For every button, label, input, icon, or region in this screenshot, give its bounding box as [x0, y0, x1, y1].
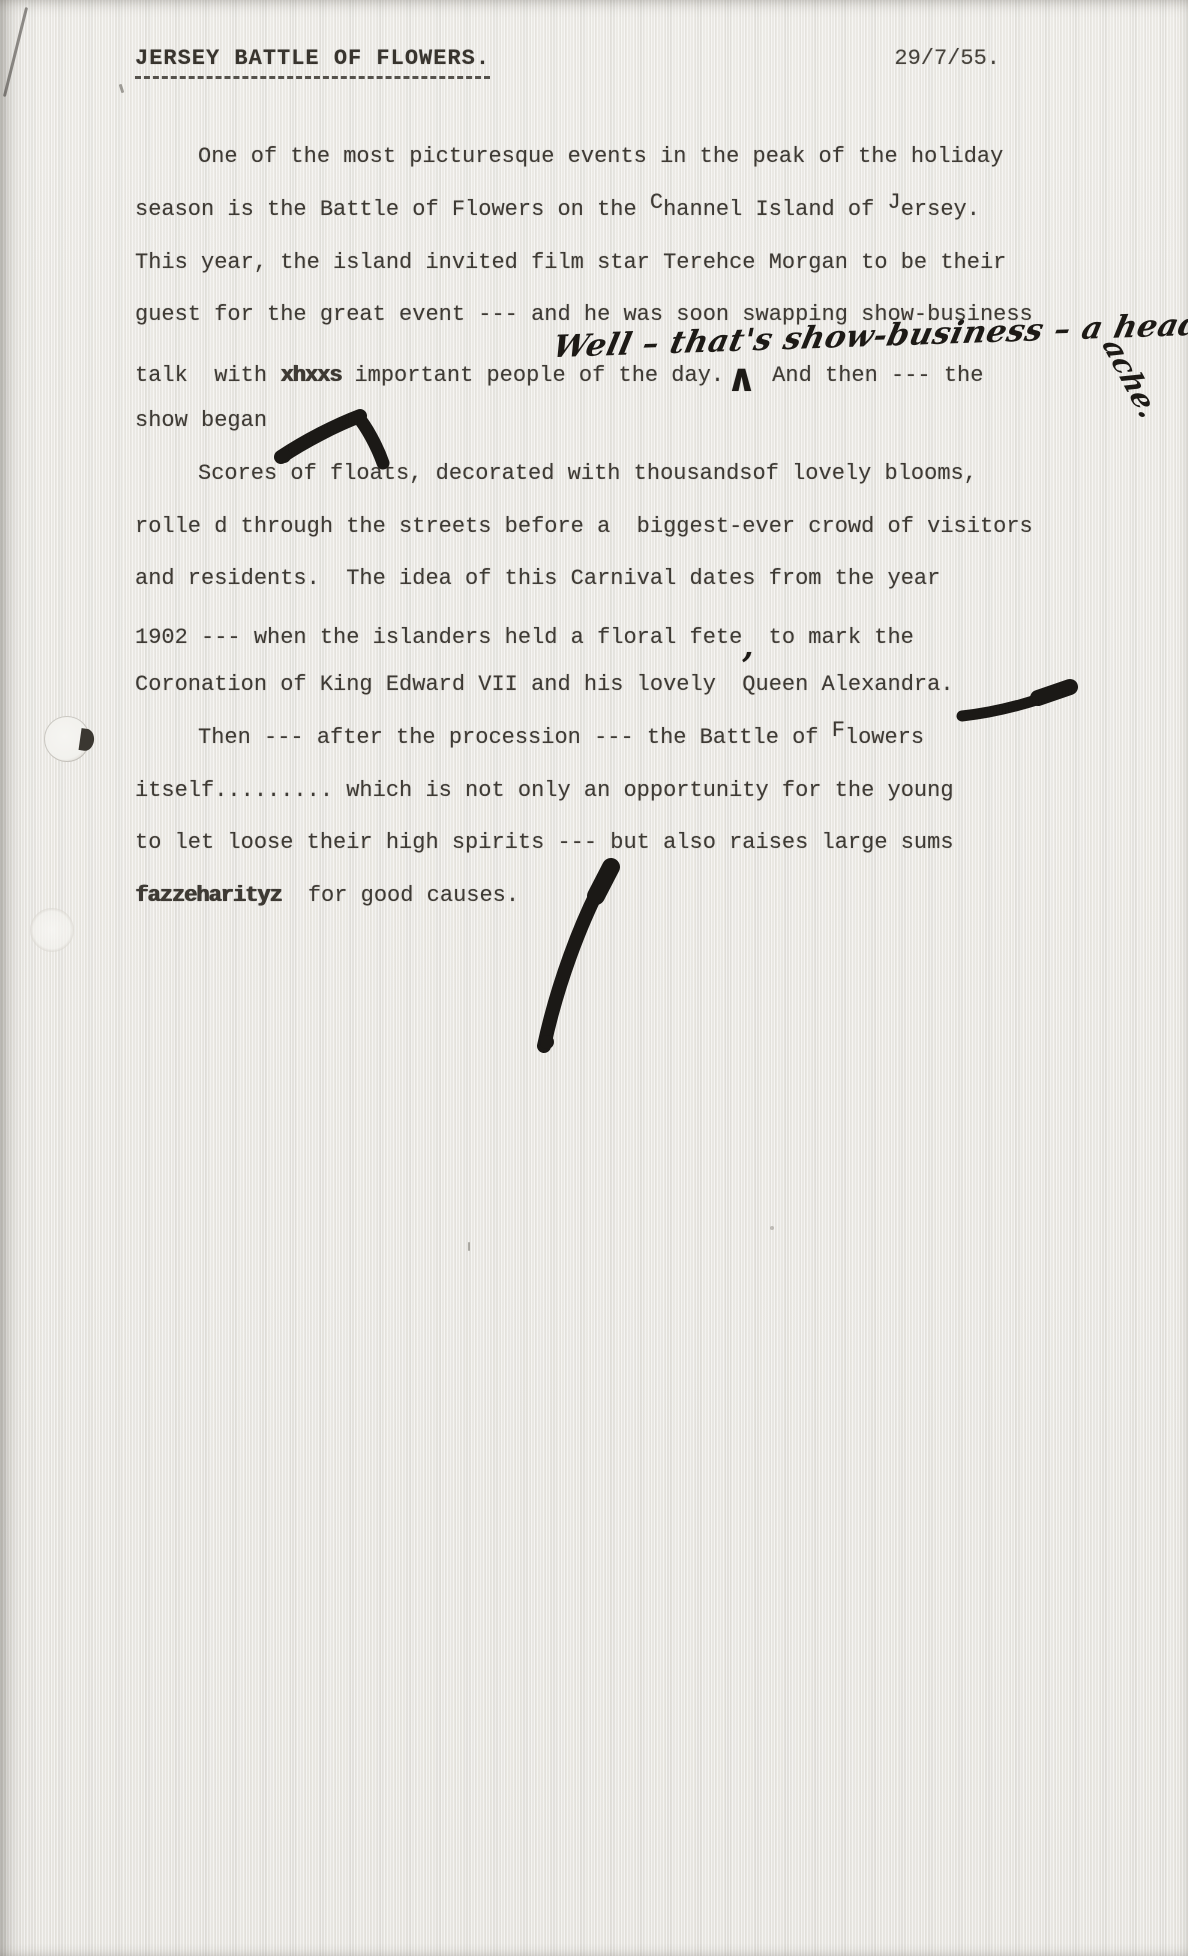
document-date: 29/7/55.	[894, 46, 1000, 71]
typed-line: to let loose their high spirits --- but …	[135, 817, 1145, 870]
typed-text: And then --- the	[759, 363, 983, 388]
typed-text: and residents. The idea of this Carnival…	[135, 566, 940, 591]
typed-text: Coronation of King Edward VII and his lo…	[135, 672, 954, 697]
typed-text: This year, the island invited film star …	[135, 250, 1006, 275]
handwritten-caret: ∧	[726, 355, 757, 400]
typed-text: for good causes.	[281, 883, 519, 908]
punch-hole-faint	[30, 908, 74, 952]
paper-speck	[468, 1242, 470, 1251]
typed-text: 1902 --- when the islanders held a flora…	[135, 625, 742, 650]
typed-text: ersey.	[901, 197, 980, 222]
typed-line: This year, the island invited film star …	[135, 237, 1145, 290]
typed-text: lowers	[845, 725, 924, 750]
typed-text: One of the most picturesque events in th…	[198, 144, 1003, 169]
paper-speck	[119, 84, 125, 93]
handwritten-comma: ,	[742, 627, 753, 665]
typed-line: fazzeharityz for good causes.	[135, 870, 1145, 923]
typed-text: season is the Battle of Flowers on the	[135, 197, 650, 222]
typed-text: to let loose their high spirits --- but …	[135, 830, 954, 855]
typed-text: J	[888, 190, 901, 215]
typed-line: season is the Battle of Flowers on the C…	[135, 184, 1145, 237]
typed-line: 1902 --- when the islanders held a flora…	[135, 606, 1145, 659]
scanned-document-page: JERSEY BATTLE OF FLOWERS. 29/7/55. One o…	[0, 0, 1188, 1956]
struck-out-word: xhxxs	[280, 363, 341, 388]
typed-text: itself......... which is not only an opp…	[135, 778, 954, 803]
typed-text: rolle d through the streets before a big…	[135, 514, 1033, 539]
typed-line: Scores of floats, decorated with thousan…	[135, 448, 1145, 501]
typed-line: Coronation of King Edward VII and his lo…	[135, 659, 1145, 712]
typed-text: important people of the day.	[341, 363, 724, 388]
typed-text: talk with	[135, 363, 280, 388]
paper-speck	[770, 1226, 774, 1230]
typed-text: hannel Island of	[663, 197, 887, 222]
typed-text: show began	[135, 408, 267, 433]
typed-line: itself......... which is not only an opp…	[135, 765, 1145, 818]
struck-out-word: fazzeharityz	[135, 883, 281, 908]
document-header: JERSEY BATTLE OF FLOWERS. 29/7/55.	[135, 46, 1000, 79]
typed-line: rolle d through the streets before a big…	[135, 501, 1145, 554]
typed-text: F	[832, 718, 845, 743]
typed-line: Then --- after the procession --- the Ba…	[135, 712, 1145, 765]
typed-text: Scores of floats, decorated with thousan…	[198, 461, 977, 486]
typed-line: show began	[135, 395, 1145, 448]
typed-line: and residents. The idea of this Carnival…	[135, 553, 1145, 606]
typed-line: One of the most picturesque events in th…	[135, 131, 1145, 184]
typed-body: One of the most picturesque events in th…	[135, 131, 1145, 923]
typed-text: C	[650, 190, 663, 215]
typed-text: Then --- after the procession --- the Ba…	[198, 725, 832, 750]
typed-text: to mark the	[755, 625, 913, 650]
corner-crease-mark	[3, 7, 28, 97]
page-title: JERSEY BATTLE OF FLOWERS.	[135, 46, 490, 79]
punch-hole-shadow	[79, 728, 96, 752]
